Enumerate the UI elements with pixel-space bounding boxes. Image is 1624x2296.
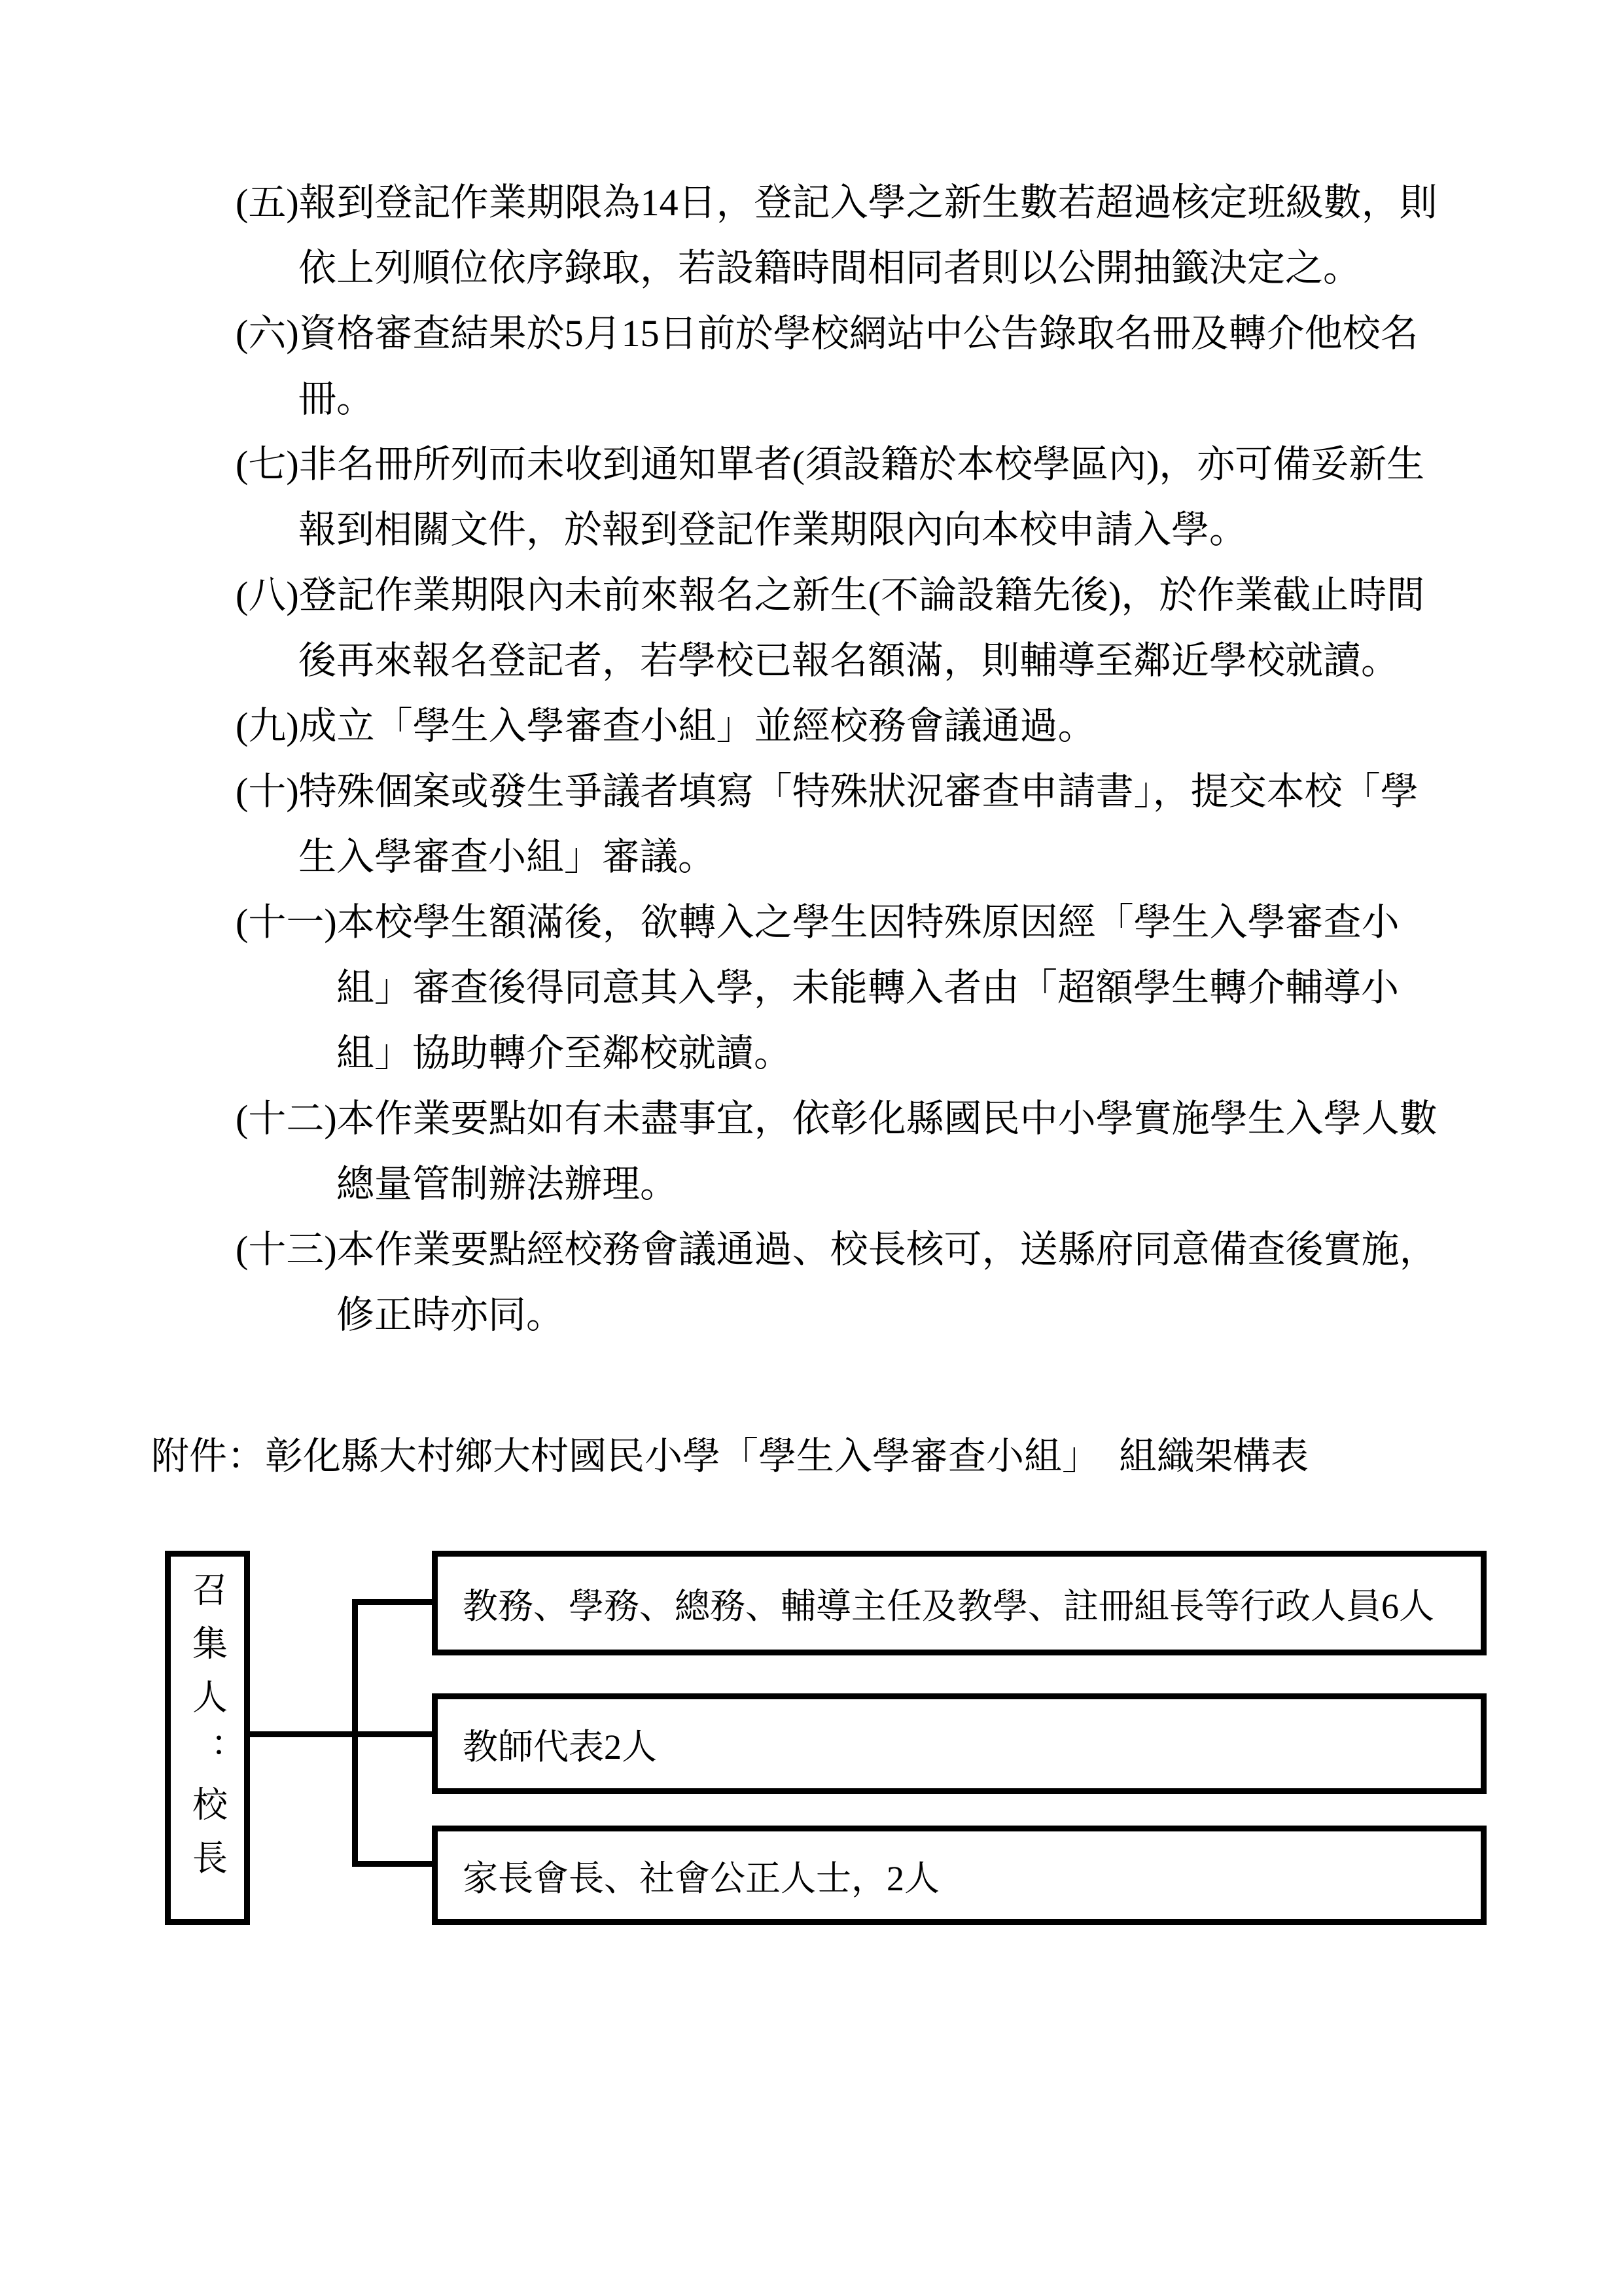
org-chart-convener-box: 召集人：校長: [165, 1551, 250, 1925]
body-line-13-cont: 修正時亦同。: [336, 1282, 1438, 1348]
body-line-6-cont: 冊。: [298, 366, 1438, 432]
body-line-8-cont: 後再來報名登記者，若學校已報名額滿，則輔導至鄰近學校就讀。: [298, 628, 1438, 694]
connector-line-top: [352, 1599, 432, 1605]
org-chart-box-parent-reps: 家長會長、社會公正人士，2人: [432, 1826, 1487, 1925]
connector-line-bottom: [352, 1861, 432, 1867]
body-text: (五)報到登記作業期限為14日，登記入學之新生數若超過核定班級數，則 依上列順位…: [236, 170, 1438, 1348]
connector-line-trunk: [352, 1599, 358, 1867]
connector-line-main: [250, 1731, 432, 1737]
admin-staff-label: 教務、學務、總務、輔導主任及教學、註冊組長等行政人員6人: [463, 1578, 1434, 1629]
body-line-10: (十)特殊個案或發生爭議者填寫「特殊狀況審查申請書」，提交本校「學: [236, 759, 1438, 824]
body-line-10-cont: 生入學審查小組」審議。: [298, 824, 1438, 890]
body-line-12-cont: 總量管制辦法辦理。: [336, 1152, 1438, 1217]
body-line-11: (十一)本校學生額滿後，欲轉入之學生因特殊原因經「學生入學審查小: [236, 890, 1438, 955]
body-line-13: (十三)本作業要點經校務會議通過、校長核可，送縣府同意備查後實施，: [236, 1217, 1438, 1282]
attachment-title: 附件：彰化縣大村鄉大村國民小學「學生入學審查小組」 組織架構表: [151, 1424, 1309, 1489]
org-chart-box-admin-staff: 教務、學務、總務、輔導主任及教學、註冊組長等行政人員6人: [432, 1551, 1487, 1655]
body-line-12: (十二)本作業要點如有未盡事宜，依彰化縣國民中小學實施學生入學人數: [236, 1086, 1438, 1152]
body-line-7: (七)非名冊所列而未收到通知單者(須設籍於本校學區內)，亦可備妥新生: [236, 432, 1438, 497]
body-line-11-cont2: 組」協助轉介至鄰校就讀。: [336, 1021, 1438, 1086]
teacher-reps-label: 教師代表2人: [463, 1719, 657, 1769]
parent-reps-label: 家長會長、社會公正人士，2人: [463, 1850, 940, 1901]
convener-label: 召集人：校長: [183, 1557, 233, 1919]
document-page: (五)報到登記作業期限為14日，登記入學之新生數若超過核定班級數，則 依上列順位…: [0, 0, 1624, 2296]
body-line-6: (六)資格審查結果於5月15日前於學校網站中公告錄取名冊及轉介他校名: [236, 301, 1438, 366]
body-line-9: (九)成立「學生入學審查小組」並經校務會議通過。: [236, 694, 1438, 759]
body-line-8: (八)登記作業期限內未前來報名之新生(不論設籍先後)，於作業截止時間: [236, 563, 1438, 628]
body-line-11-cont1: 組」審查後得同意其入學，未能轉入者由「超額學生轉介輔導小: [336, 955, 1438, 1021]
body-line-7-cont: 報到相關文件，於報到登記作業期限內向本校申請入學。: [298, 497, 1438, 563]
body-line-5: (五)報到登記作業期限為14日，登記入學之新生數若超過核定班級數，則: [236, 170, 1438, 236]
org-chart-box-teacher-reps: 教師代表2人: [432, 1693, 1487, 1794]
body-line-5-cont: 依上列順位依序錄取，若設籍時間相同者則以公開抽籤決定之。: [298, 236, 1438, 301]
